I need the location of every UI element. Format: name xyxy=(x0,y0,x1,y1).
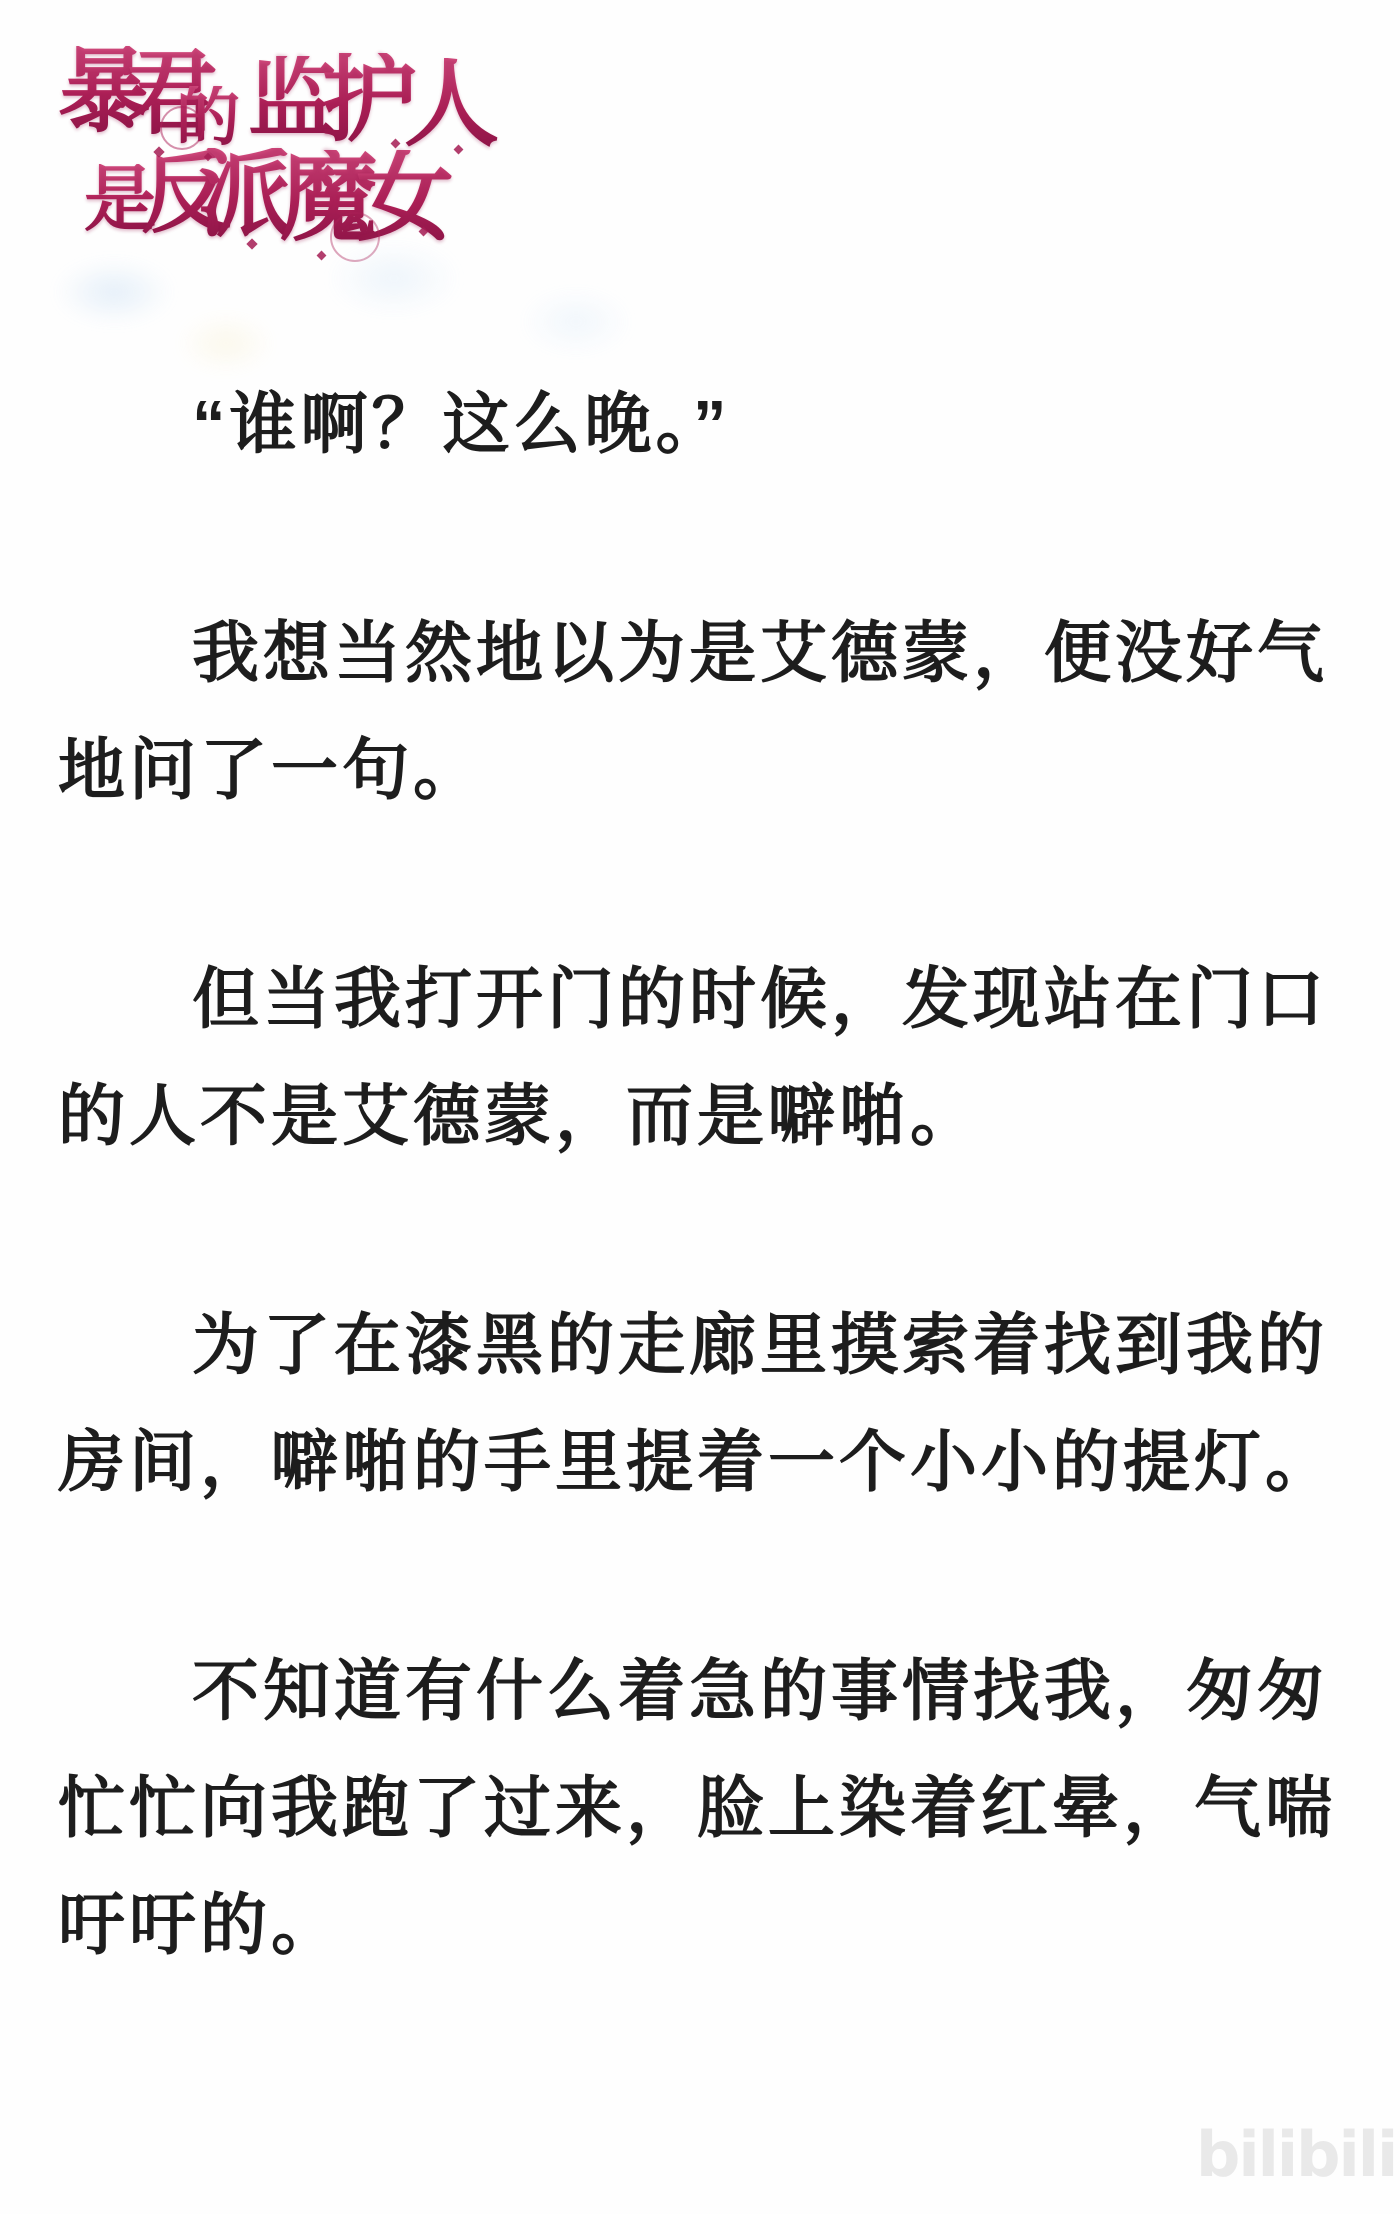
logo-char: 派 xyxy=(198,148,293,243)
logo-char: 人 xyxy=(404,58,499,153)
bilibili-watermark: bilibili 漫 画 xyxy=(1196,2122,1400,2188)
paragraph: 但当我打开门的时候，发现站在门口的人不是艾德蒙，而是噼啪。 xyxy=(58,941,1352,1175)
paragraph: “谁啊？这么晚。” xyxy=(58,366,1352,483)
paragraph: 不知道有什么着急的事情找我，匆匆忙忙向我跑了过来，脸上染着红晕，气喘吁吁的。 xyxy=(58,1633,1352,1984)
novel-text: “谁啊？这么晚。” 我想当然地以为是艾德蒙，便没好气地问了一句。 但当我打开门的… xyxy=(58,366,1352,2096)
paragraph: 为了在漆黑的走廊里摸索着找到我的房间，噼啪的手里提着一个小小的提灯。 xyxy=(58,1287,1352,1521)
circle-ornament-icon xyxy=(160,106,204,150)
logo-char: 护 xyxy=(322,53,417,148)
circle-ornament-icon xyxy=(330,212,380,262)
paragraph: 我想当然地以为是艾德蒙，便没好气地问了一句。 xyxy=(58,595,1352,829)
series-logo: 暴 君 的 监 护 人 是 反 派 魔 女 xyxy=(0,0,520,280)
novel-reader-page: 暴 君 的 监 护 人 是 反 派 魔 女 “谁啊？这么晚。” 我想当然地以为是… xyxy=(0,0,1400,2214)
bilibili-logo: bilibili xyxy=(1196,2122,1396,2188)
